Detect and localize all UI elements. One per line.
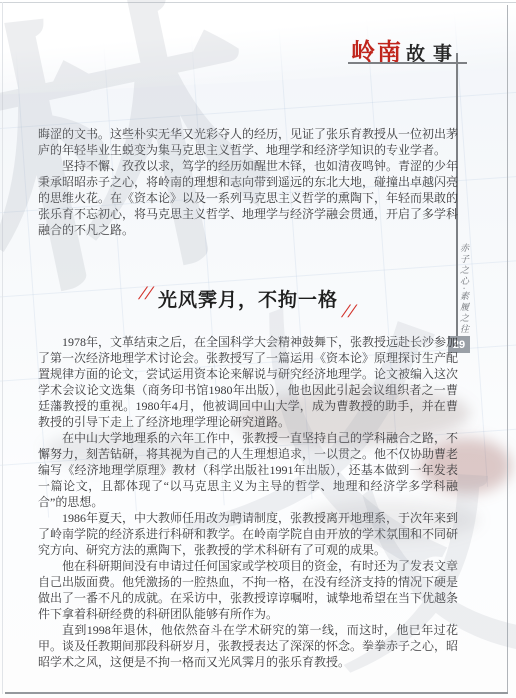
header-underline [348,62,467,64]
scan-edge-right [507,5,508,694]
scan-edge-top [0,2,516,3]
paragraph: 直到1998年退休，他依然奋斗在学术研究的第一线，而这时，他已年过花甲。谈及任教… [38,622,458,670]
open-quote-mark: // [136,283,157,305]
paragraph: 坚持不懈、孜孜以求，笃学的经历如醒世木铎，也如清夜鸣钟。青涩的少年秉承昭昭赤子之… [38,158,458,238]
paragraph: 晦涩的文书。这些朴实无华又光彩夺人的经历，见证了张乐育教授从一位初出茅庐的年轻毕… [38,126,458,158]
article-upper-block: 晦涩的文书。这些朴实无华又光彩夺人的经历，见证了张乐育教授从一位初出茅庐的年轻毕… [38,126,458,238]
close-quote-mark: // [339,301,360,323]
section-heading: //光风霁月，不拘一格// [38,283,458,323]
scan-edge-left [2,2,3,694]
paragraph: 1986年夏天，中大教师任用改为聘请制度，张教授离开地理系，于次年来到了岭南学院… [38,510,458,558]
scanned-book-page: 岭南 故事 赤子之心·素履之往 29 晦涩的文书。这些朴实无华又光彩夺人的经历，… [0,0,516,698]
paragraph: 在中山大学地理系的六年工作中，张教授一直坚持自己的学科融合之路，不懈努力，刻苦钻… [38,430,458,510]
scan-edge-bottom [5,692,508,694]
paragraph: 他在科研期间没有申请过任何国家或学校项目的资金，有时还为了发表文章自己出版面费。… [38,558,458,622]
vertical-caption: 赤子之心·素履之往 [458,243,471,337]
paragraph: 1978年，文革结束之后，在全国科学大会精神鼓舞下，张教授远赴长沙参加了第一次经… [38,334,458,430]
article-lower-block: 1978年，文革结束之后，在全国科学大会精神鼓舞下，张教授远赴长沙参加了第一次经… [38,334,458,670]
section-heading-text: 光风霁月，不拘一格 [158,290,338,311]
